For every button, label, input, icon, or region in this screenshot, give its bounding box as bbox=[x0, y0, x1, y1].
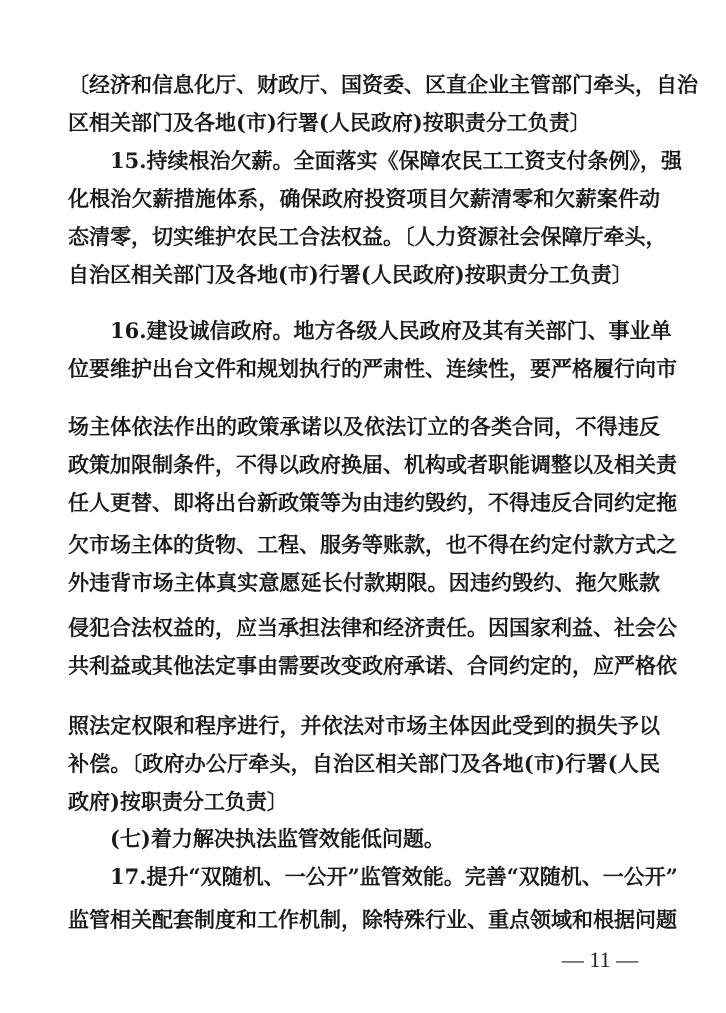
text-line: 共利益或其他法定事由需要改变政府承诺、合同约定的，应严格依 bbox=[68, 651, 660, 681]
text-line: 照法定权限和程序进行，并依法对市场主体因此受到的损失予以 bbox=[68, 711, 660, 741]
text-line: 政策加限制条件，不得以政府换届、机构或者职能调整以及相关责 bbox=[68, 450, 660, 480]
text-line: 场主体依法作出的政策承诺以及依法订立的各类合同，不得违反 bbox=[68, 412, 660, 442]
page-number: — 11 — bbox=[540, 945, 660, 975]
item-17-heading-line: 17.提升“双随机、一公开”监管效能。完善“双随机、一公开” bbox=[110, 862, 660, 892]
text-line: 欠市场主体的货物、工程、服务等账款，也不得在约定付款方式之 bbox=[68, 530, 660, 560]
text-line: 态清零，切实维护农民工合法权益。〔人力资源社会保障厅牵头， bbox=[68, 222, 660, 252]
document-page: 〔经济和信息化厅、财政厅、国资委、区直企业主管部门牵头，自治 区相关部门及各地(… bbox=[0, 0, 726, 1013]
item-16-heading-line: 16.建设诚信政府。地方各级人民政府及其有关部门、事业单 bbox=[110, 316, 660, 346]
text-line: 外违背市场主体真实意愿延长付款期限。因违约毁约、拖欠账款 bbox=[68, 568, 660, 598]
text-line: 侵犯合法权益的，应当承担法律和经济责任。因国家利益、社会公 bbox=[68, 613, 660, 643]
section-7-heading: (七)着力解决执法监管效能低问题。 bbox=[110, 824, 660, 854]
text-line: 补偿。〔政府办公厅牵头，自治区相关部门及各地(市)行署(人民 bbox=[68, 749, 660, 779]
text-line: 政府)按职责分工负责〕 bbox=[68, 787, 660, 817]
text-line: 位要维护出台文件和规划执行的严肃性、连续性，要严格履行向市 bbox=[68, 354, 660, 384]
text-line: 任人更替、即将出台新政策等为由违约毁约，不得违反合同约定拖 bbox=[68, 488, 660, 518]
text-line: 自治区相关部门及各地(市)行署(人民政府)按职责分工负责〕 bbox=[68, 260, 660, 290]
text-line: 区相关部门及各地(市)行署(人民政府)按职责分工负责〕 bbox=[68, 108, 660, 138]
text-line: 化根治欠薪措施体系，确保政府投资项目欠薪清零和欠薪案件动 bbox=[68, 184, 660, 214]
item-15-heading-line: 15.持续根治欠薪。全面落实《保障农民工工资支付条例》，强 bbox=[110, 146, 660, 176]
text-line: 〔经济和信息化厅、财政厅、国资委、区直企业主管部门牵头，自治 bbox=[68, 70, 660, 100]
text-line: 监管相关配套制度和工作机制，除特殊行业、重点领域和根据问题 bbox=[68, 905, 660, 935]
